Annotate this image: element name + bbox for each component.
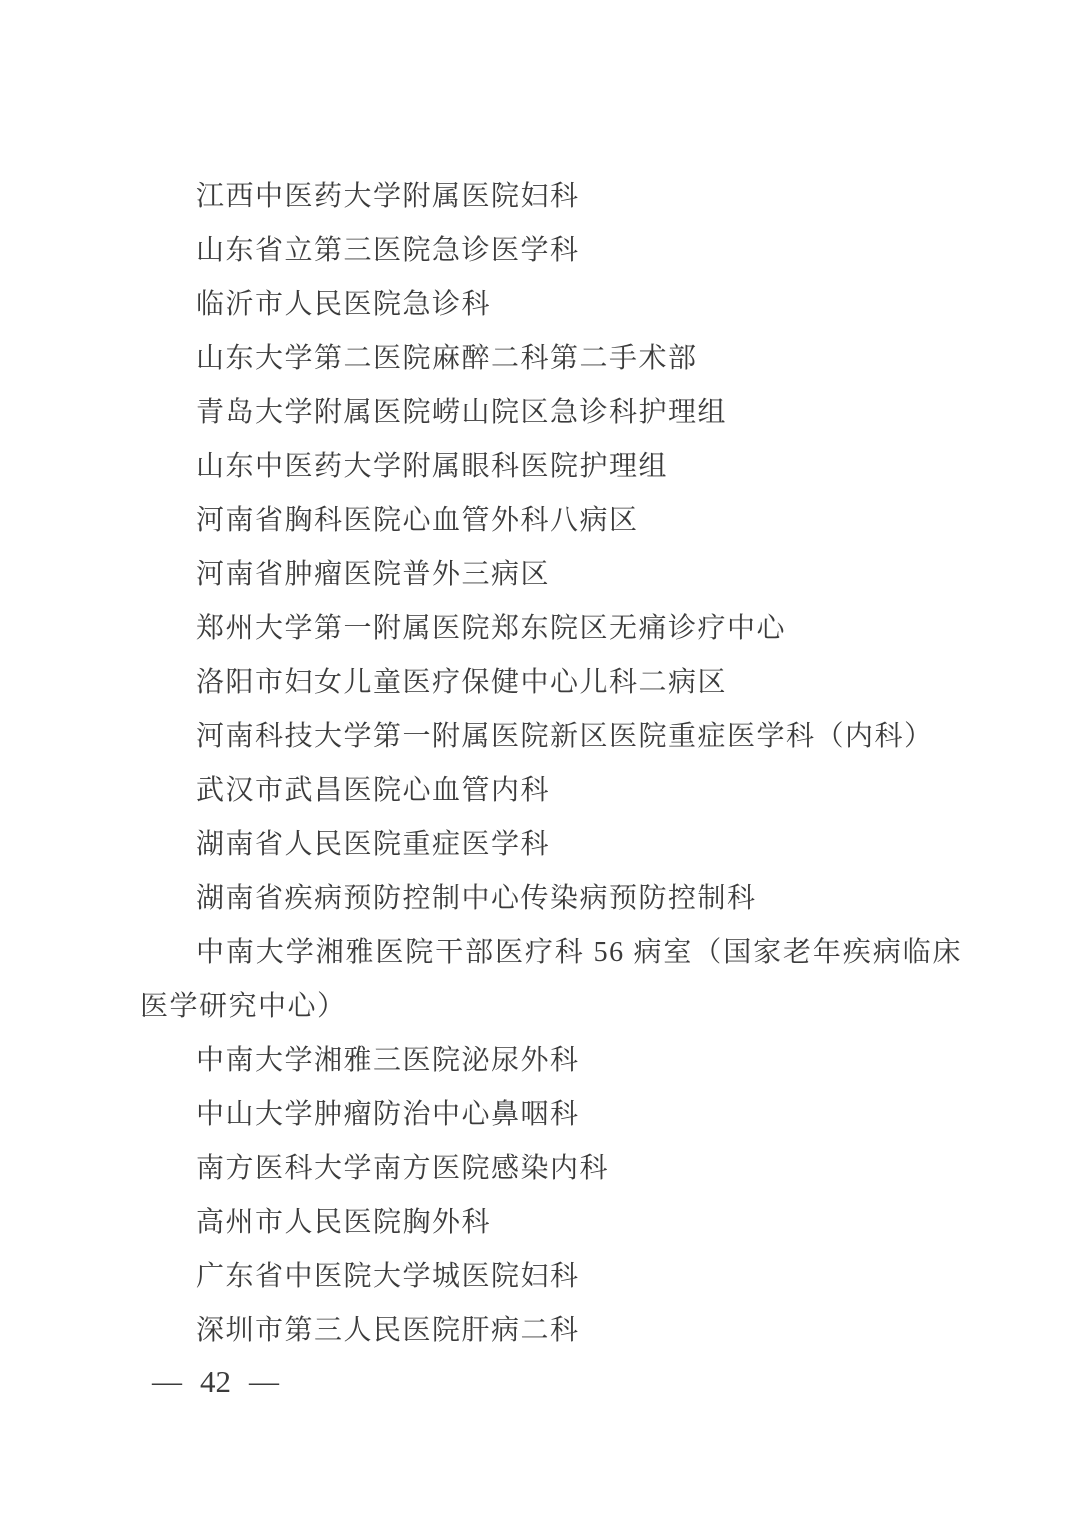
department-entry: 湖南省疾病预防控制中心传染病预防控制科 bbox=[140, 872, 962, 926]
document-page: 江西中医药大学附属医院妇科 山东省立第三医院急诊医学科 临沂市人民医院急诊科 山… bbox=[0, 0, 1080, 1527]
department-entry: 江西中医药大学附属医院妇科 bbox=[140, 170, 962, 224]
footer-dash-left: — bbox=[152, 1358, 182, 1406]
department-entry: 山东大学第二医院麻醉二科第二手术部 bbox=[140, 332, 962, 386]
footer-dash-right: — bbox=[249, 1358, 279, 1406]
department-entry: 中南大学湘雅医院干部医疗科 56 病室（国家老年疾病临床医学研究中心） bbox=[140, 926, 962, 1034]
department-entry: 中南大学湘雅三医院泌尿外科 bbox=[140, 1034, 962, 1088]
department-entry: 临沂市人民医院急诊科 bbox=[140, 278, 962, 332]
department-entry: 武汉市武昌医院心血管内科 bbox=[140, 764, 962, 818]
department-entry: 南方医科大学南方医院感染内科 bbox=[140, 1142, 962, 1196]
department-entry: 河南省肿瘤医院普外三病区 bbox=[140, 548, 962, 602]
page-footer: — 42 — bbox=[152, 1358, 279, 1406]
department-entry: 郑州大学第一附属医院郑东院区无痛诊疗中心 bbox=[140, 602, 962, 656]
department-entry: 山东中医药大学附属眼科医院护理组 bbox=[140, 440, 962, 494]
page-number: 42 bbox=[200, 1358, 231, 1406]
department-entry: 洛阳市妇女儿童医疗保健中心儿科二病区 bbox=[140, 656, 962, 710]
department-entry: 河南科技大学第一附属医院新区医院重症医学科（内科） bbox=[140, 710, 962, 764]
department-entry: 广东省中医院大学城医院妇科 bbox=[140, 1250, 962, 1304]
department-entry: 湖南省人民医院重症医学科 bbox=[140, 818, 962, 872]
department-entry: 深圳市第三人民医院肝病二科 bbox=[140, 1304, 962, 1358]
department-entry: 高州市人民医院胸外科 bbox=[140, 1196, 962, 1250]
department-entry: 青岛大学附属医院崂山院区急诊科护理组 bbox=[140, 386, 962, 440]
department-entry: 河南省胸科医院心血管外科八病区 bbox=[140, 494, 962, 548]
department-entry: 中山大学肿瘤防治中心鼻咽科 bbox=[140, 1088, 962, 1142]
department-entry: 山东省立第三医院急诊医学科 bbox=[140, 224, 962, 278]
department-list: 江西中医药大学附属医院妇科 山东省立第三医院急诊医学科 临沂市人民医院急诊科 山… bbox=[140, 170, 962, 1358]
